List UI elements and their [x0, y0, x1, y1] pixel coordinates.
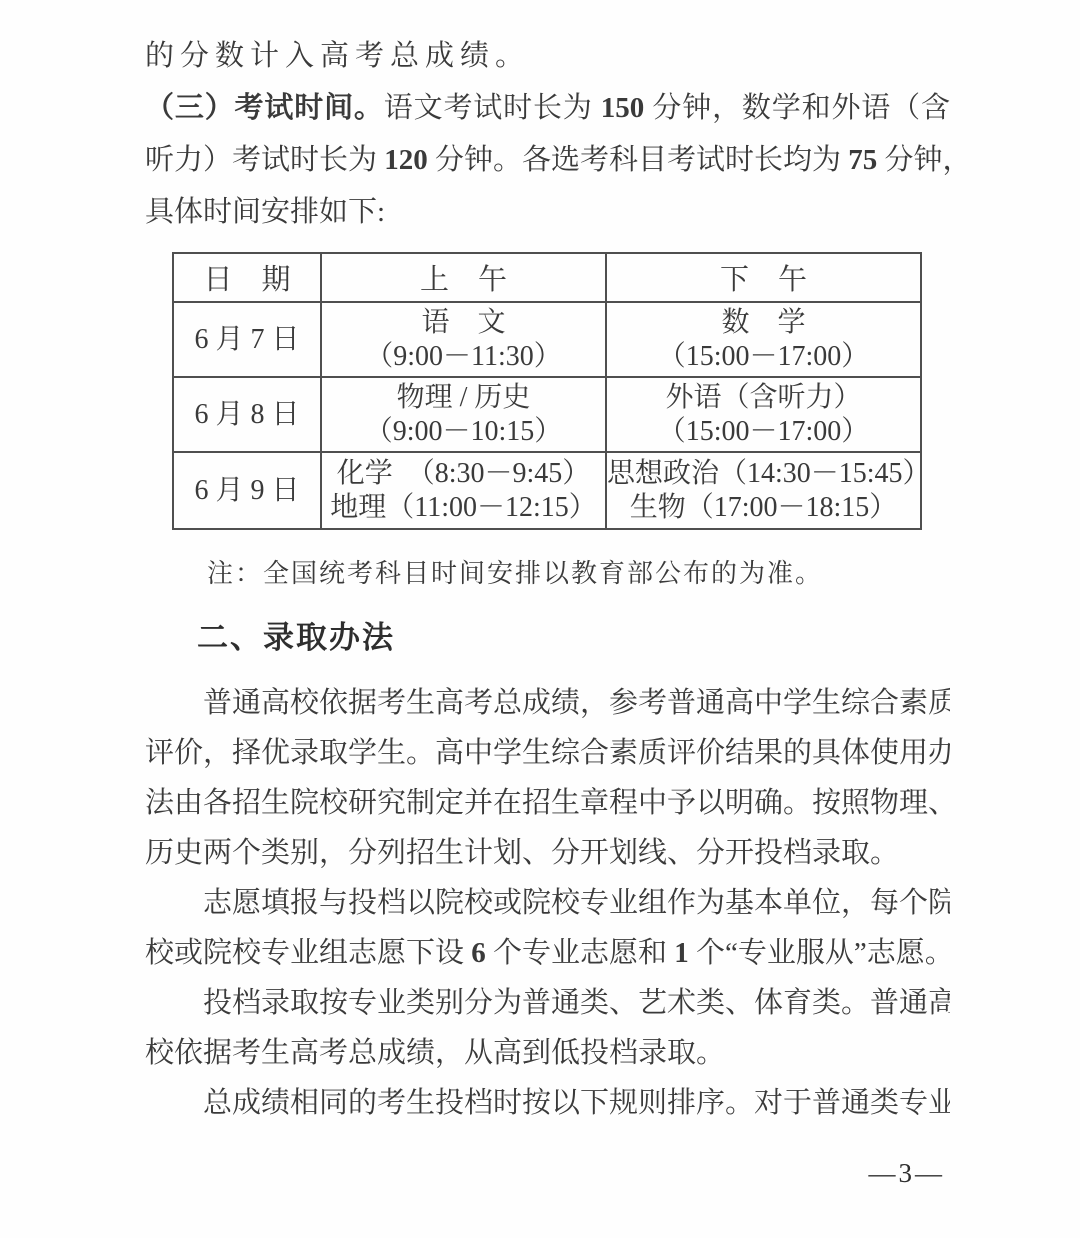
admission-paragraphs: 普通高校依据考生高考总成绩，参考普通高中学生综合素质 评价，择优录取学生。高中学… — [145, 678, 950, 1128]
exam-schedule-table: 日 期 上 午 下 午 6 月 7 日 语 文 （9:00－11:30） 数 学… — [172, 252, 922, 530]
cell-afternoon: 数 学 （15:00－17:00） — [606, 302, 921, 377]
table-note: 注：全国统考科目时间安排以教育部公布的为准。 — [207, 554, 950, 594]
subject-line: 语 文 — [322, 306, 605, 340]
exam-time-line-2: 听力）考试时长为 120 分钟。各选考科目考试时长均为 75 分钟， — [145, 134, 950, 186]
continuation-line: 的分数计入高考总成绩。 — [145, 30, 950, 82]
document-page: 的分数计入高考总成绩。 （三）考试时间。语文考试时长为 150 分钟，数学和外语… — [0, 0, 1080, 1238]
subject-line: 数 学 — [607, 306, 920, 340]
exam-time-subheading: （三）考试时间。 — [145, 92, 384, 124]
time-line: （9:00－11:30） — [322, 340, 605, 374]
paragraph-line: 法由各招生院校研究制定并在招生章程中予以明确。按照物理、 — [145, 778, 950, 828]
paragraph-line: 历史两个类别，分列招生计划、分开划线、分开投档录取。 — [145, 828, 950, 878]
cell-morning: 语 文 （9:00－11:30） — [321, 302, 606, 377]
cell-afternoon: 思想政治（14:30－15:45） 生物（17:00－18:15） — [606, 452, 921, 529]
exam-time-line-3: 具体时间安排如下: — [145, 186, 950, 238]
paragraph-line: 投档录取按专业类别分为普通类、艺术类、体育类。普通高 — [145, 978, 950, 1028]
subject-line: 物理 / 历史 — [322, 381, 605, 415]
cell-date: 6 月 8 日 — [173, 377, 321, 452]
page-number: —3— — [869, 1158, 946, 1189]
subject-line: 外语（含听力） — [607, 381, 920, 415]
paragraph-line: 评价，择优录取学生。高中学生综合素质评价结果的具体使用办 — [145, 728, 950, 778]
subject-time-line: 思想政治（14:30－15:45） — [607, 457, 920, 491]
section-heading-admission: 二、录取办法 — [197, 620, 950, 656]
table-row: 6 月 8 日 物理 / 历史 （9:00－10:15） 外语（含听力） （15… — [173, 377, 921, 452]
cell-morning: 化学 （8:30－9:45） 地理（11:00－12:15） — [321, 452, 606, 529]
header-morning: 上 午 — [321, 253, 606, 302]
cell-date: 6 月 9 日 — [173, 452, 321, 529]
table-row: 6 月 7 日 语 文 （9:00－11:30） 数 学 （15:00－17:0… — [173, 302, 921, 377]
subject-time-line: 生物（17:00－18:15） — [607, 491, 920, 525]
table-row: 6 月 9 日 化学 （8:30－9:45） 地理（11:00－12:15） 思… — [173, 452, 921, 529]
paragraph-line: 总成绩相同的考生投档时按以下规则排序。对于普通类专业 — [145, 1078, 950, 1128]
time-line: （15:00－17:00） — [607, 415, 920, 449]
cell-morning: 物理 / 历史 （9:00－10:15） — [321, 377, 606, 452]
exam-time-line-1: （三）考试时间。语文考试时长为 150 分钟，数学和外语（含 — [145, 82, 950, 134]
cell-date: 6 月 7 日 — [173, 302, 321, 377]
time-line: （15:00－17:00） — [607, 340, 920, 374]
table-header-row: 日 期 上 午 下 午 — [173, 253, 921, 302]
paragraph-line: 校依据考生高考总成绩，从高到低投档录取。 — [145, 1028, 950, 1078]
paragraph-line: 校或院校专业组志愿下设 6 个专业志愿和 1 个“专业服从”志愿。 — [145, 928, 950, 978]
paragraph-line: 普通高校依据考生高考总成绩，参考普通高中学生综合素质 — [145, 678, 950, 728]
subject-time-line: 化学 （8:30－9:45） — [322, 457, 605, 491]
time-line: （9:00－10:15） — [322, 415, 605, 449]
document-content: 的分数计入高考总成绩。 （三）考试时间。语文考试时长为 150 分钟，数学和外语… — [145, 30, 950, 1128]
subject-time-line: 地理（11:00－12:15） — [322, 491, 605, 525]
header-afternoon: 下 午 — [606, 253, 921, 302]
exam-time-line-1-rest: 语文考试时长为 150 分钟，数学和外语（含 — [384, 92, 950, 124]
header-date: 日 期 — [173, 253, 321, 302]
cell-afternoon: 外语（含听力） （15:00－17:00） — [606, 377, 921, 452]
paragraph-line: 志愿填报与投档以院校或院校专业组作为基本单位，每个院 — [145, 878, 950, 928]
